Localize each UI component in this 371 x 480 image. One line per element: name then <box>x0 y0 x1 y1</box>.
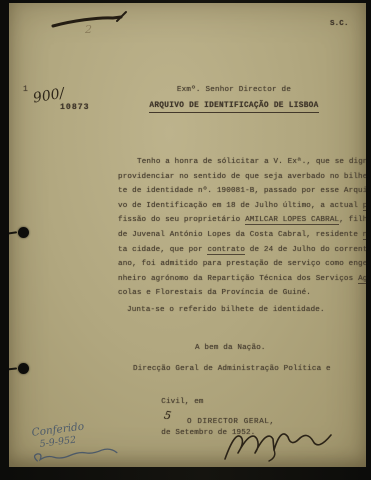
letter-heading: Exmº. Senhor Director de ARQUIVO DE IDEN… <box>149 86 319 113</box>
typed-text: Tenho a honra de sólicitar a V. Exª., qu… <box>137 158 366 166</box>
letter-body: Tenho a honra de sólicitar a V. Exª., qu… <box>118 155 366 318</box>
underlined-text: AMILCAR LOPES CABRAL <box>245 216 339 225</box>
typed-text: fissão do seu proprietário <box>118 216 245 224</box>
hole-punch <box>18 363 29 374</box>
margin-dash <box>9 367 17 370</box>
typed-text: vo de Identificação em 18 de Julho últim… <box>118 202 363 210</box>
underlined-text: nes <box>363 231 366 240</box>
scanned-letter: 2 S.C. 1 900/ 10873 Exmº. Senhor Directo… <box>0 0 371 480</box>
underlined-text: pro <box>363 202 366 211</box>
process-number-typed: 10873 <box>60 101 90 116</box>
typed-line: nheiro agrónomo da Repartição Técnica do… <box>118 272 366 287</box>
typed-line: Junta-se o referido bilhete de identidad… <box>118 303 366 318</box>
typed-line: vo de Identificação em 18 de Julho últim… <box>118 199 366 214</box>
closing-motto: A bem da Nação. <box>195 341 266 356</box>
typed-line: colas e Florestais da Província de Guiné… <box>118 286 366 301</box>
underlined-text: Agrí <box>358 275 366 284</box>
director-general-signature <box>219 423 339 467</box>
typed-text: , filho <box>339 216 366 224</box>
paper-sheet: 2 S.C. 1 900/ 10873 Exmº. Senhor Directo… <box>9 3 366 467</box>
date-day-handwritten: 5 <box>163 409 173 425</box>
typed-text: Junta-se o referido bilhete de identidad… <box>127 306 325 314</box>
typed-line: providenciar no sentido de que seja aver… <box>118 170 366 185</box>
typed-line: Tenho a honra de sólicitar a V. Exª., qu… <box>118 155 366 170</box>
corner-code: S.C. <box>330 17 349 32</box>
office-name-line1: Direcção Geral de Administração Política… <box>133 362 331 377</box>
heading-addressee: ARQUIVO DE IDENTIFICAÇÃO DE LISBOA <box>149 102 318 113</box>
typed-line: te de identidade nº. 190081-B, passado p… <box>118 184 366 199</box>
typed-text: te de identidade nº. 190081-B, passado p… <box>118 187 366 195</box>
hole-punch <box>18 227 29 238</box>
typed-text: providenciar no sentido de que seja aver… <box>118 173 366 181</box>
typed-text: colas e Florestais da Província de Guiné… <box>118 289 311 297</box>
typed-line: ano, foi admitido para prestação de serv… <box>118 257 366 272</box>
underlined-text: contrato <box>207 246 245 255</box>
typed-text: ta cidade, que por <box>118 246 207 254</box>
typed-text: ano, foi admitido para prestação de serv… <box>118 260 366 268</box>
date-prefix: Civil, em <box>161 398 203 406</box>
faint-pen-mark: 2 <box>85 23 92 36</box>
margin-dash <box>9 231 17 235</box>
pen-stroke-mark <box>49 9 137 35</box>
typed-line: de Juvenal António Lopes da Costa Cabral… <box>118 228 366 243</box>
typed-text: nheiro agrónomo da Repartição Técnica do… <box>118 275 358 283</box>
typed-line: ta cidade, que por contrato de 24 de Jul… <box>118 243 366 258</box>
typed-line: fissão do seu proprietário AMILCAR LOPES… <box>118 213 366 228</box>
typed-text: de Juvenal António Lopes da Costa Cabral… <box>118 231 363 239</box>
typed-text: de 24 de Julho do corrente <box>245 246 366 254</box>
sheet-number: 1 <box>23 83 28 98</box>
heading-salutation: Exmº. Senhor Director de <box>149 86 319 94</box>
